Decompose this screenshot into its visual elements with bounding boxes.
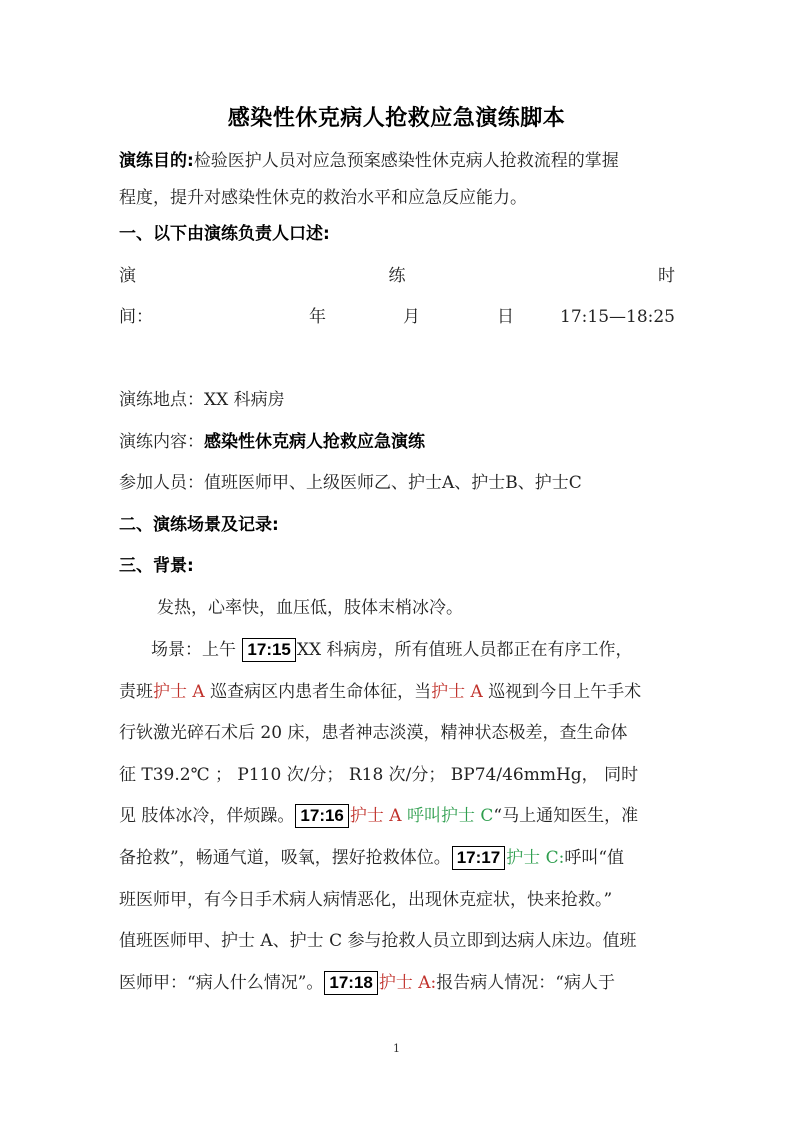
participants-value: 值班医师甲、上级医师乙、护士A、护士B、护士C	[204, 473, 582, 493]
time-box-1715: 17:15	[242, 638, 295, 662]
scene-text: “马上通知医生，准	[493, 806, 638, 826]
nurse-a-label: 护士 A	[153, 682, 205, 702]
scene-text: XX 科病房，所有值班人员都正在有序工作，	[297, 640, 633, 660]
scene-text: 见 肢体冰冷，伴烦躁。	[119, 806, 294, 826]
scene-line-3: 行钬激光碎石术后 20 床，患者神志淡漠，精神状态极差，查生命体	[119, 721, 675, 745]
scene-line-6: 备抢救”，畅通气道，吸氧，摆好抢救体位。17:17护士 C:呼叫“值	[119, 846, 675, 870]
content-line: 演练内容：感染性休克病人抢救应急演练	[119, 430, 675, 454]
time-row1-c: 时	[658, 264, 675, 288]
nurse-a-label: 护士 A	[431, 682, 483, 702]
nurse-c-label: 护士 C:	[506, 848, 564, 868]
year-label: 年	[309, 305, 326, 329]
location-label: 演练地点：	[119, 390, 204, 410]
scene-text: 场景：上午	[151, 640, 236, 660]
scene-text: 医师甲：“病人什么情况”。	[119, 973, 323, 993]
month-label: 月	[403, 305, 420, 329]
day-label: 日	[497, 305, 514, 329]
call-nurse-c-label: 呼叫护士 C	[407, 806, 493, 826]
scene-line-7: 班医师甲，有今日手术病人病情恶化，出现休克症状，快来抢救。”	[119, 888, 675, 912]
purpose-line-2: 程度，提升对感染性休克的救治水平和应急反应能力。	[119, 186, 675, 210]
time-box-1717: 17:17	[452, 846, 505, 870]
scene-line-5: 见 肢体冰冷，伴烦躁。17:16护士 A 呼叫护士 C“马上通知医生，准	[119, 804, 675, 828]
section2-heading: 二、演练场景及记录:	[119, 513, 675, 537]
scene-text: 备抢救”，畅通气道，吸氧，摆好抢救体位。	[119, 848, 451, 868]
time-range: 17:15—18:25	[560, 305, 675, 329]
page-number: 1	[0, 1042, 793, 1055]
time-label: 间：	[119, 305, 153, 329]
time-box-1718: 17:18	[324, 971, 377, 995]
participants-line: 参加人员：值班医师甲、上级医师乙、护士A、护士B、护士C	[119, 471, 675, 495]
time-row1-b: 练	[389, 264, 406, 288]
scene-text: 巡视到今日上午手术	[488, 682, 641, 702]
purpose-text-1: 检验医护人员对应急预案感染性休克病人抢救流程的掌握	[194, 151, 619, 171]
purpose-line-1: 演练目的:检验医护人员对应急预案感染性休克病人抢救流程的掌握	[119, 149, 675, 173]
scene-text: 巡查病区内患者生命体征，当	[210, 682, 431, 702]
participants-label: 参加人员：	[119, 473, 204, 493]
location-line: 演练地点：XX 科病房	[119, 388, 675, 412]
content-value: 感染性休克病人抢救应急演练	[204, 432, 425, 452]
section1-heading: 一、以下由演练负责人口述:	[119, 222, 675, 246]
scene-line-4: 征 T39.2℃ ； P110 次/分； R18 次/分； BP74/46mmH…	[119, 763, 675, 787]
content-label: 演练内容：	[119, 432, 204, 452]
time-row1-a: 演	[119, 264, 136, 288]
scene-line-9: 医师甲：“病人什么情况”。17:18护士 A:报告病人情况：“病人于	[119, 971, 675, 995]
scene-text: 责班	[119, 682, 153, 702]
background-text: 发热，心率快，血压低，肢体末梢冰冷。	[157, 596, 713, 620]
scene-line-2: 责班护士 A 巡查病区内患者生命体征，当护士 A 巡视到今日上午手术	[119, 680, 675, 704]
nurse-a-label: 护士 A:	[379, 973, 436, 993]
scene-text: 报告病人情况：“病人于	[436, 973, 615, 993]
purpose-label: 演练目的:	[119, 151, 194, 171]
section3-heading: 三、背景:	[119, 554, 675, 578]
time-box-1716: 17:16	[295, 804, 348, 828]
scene-line-8: 值班医师甲、护士 A、护士 C 参与抢救人员立即到达病人床边。值班	[119, 929, 675, 953]
scene-line-1: 场景：上午 17:15XX 科病房，所有值班人员都正在有序工作，	[151, 638, 707, 662]
document-title: 感染性休克病人抢救应急演练脚本	[0, 101, 793, 132]
nurse-a-label: 护士 A	[350, 806, 402, 826]
location-value: XX 科病房	[204, 390, 285, 410]
time-row-1: 演 练 时	[119, 264, 675, 288]
scene-text: 呼叫“值	[564, 848, 624, 868]
document-page: 感染性休克病人抢救应急演练脚本 演练目的:检验医护人员对应急预案感染性休克病人抢…	[0, 0, 793, 1122]
